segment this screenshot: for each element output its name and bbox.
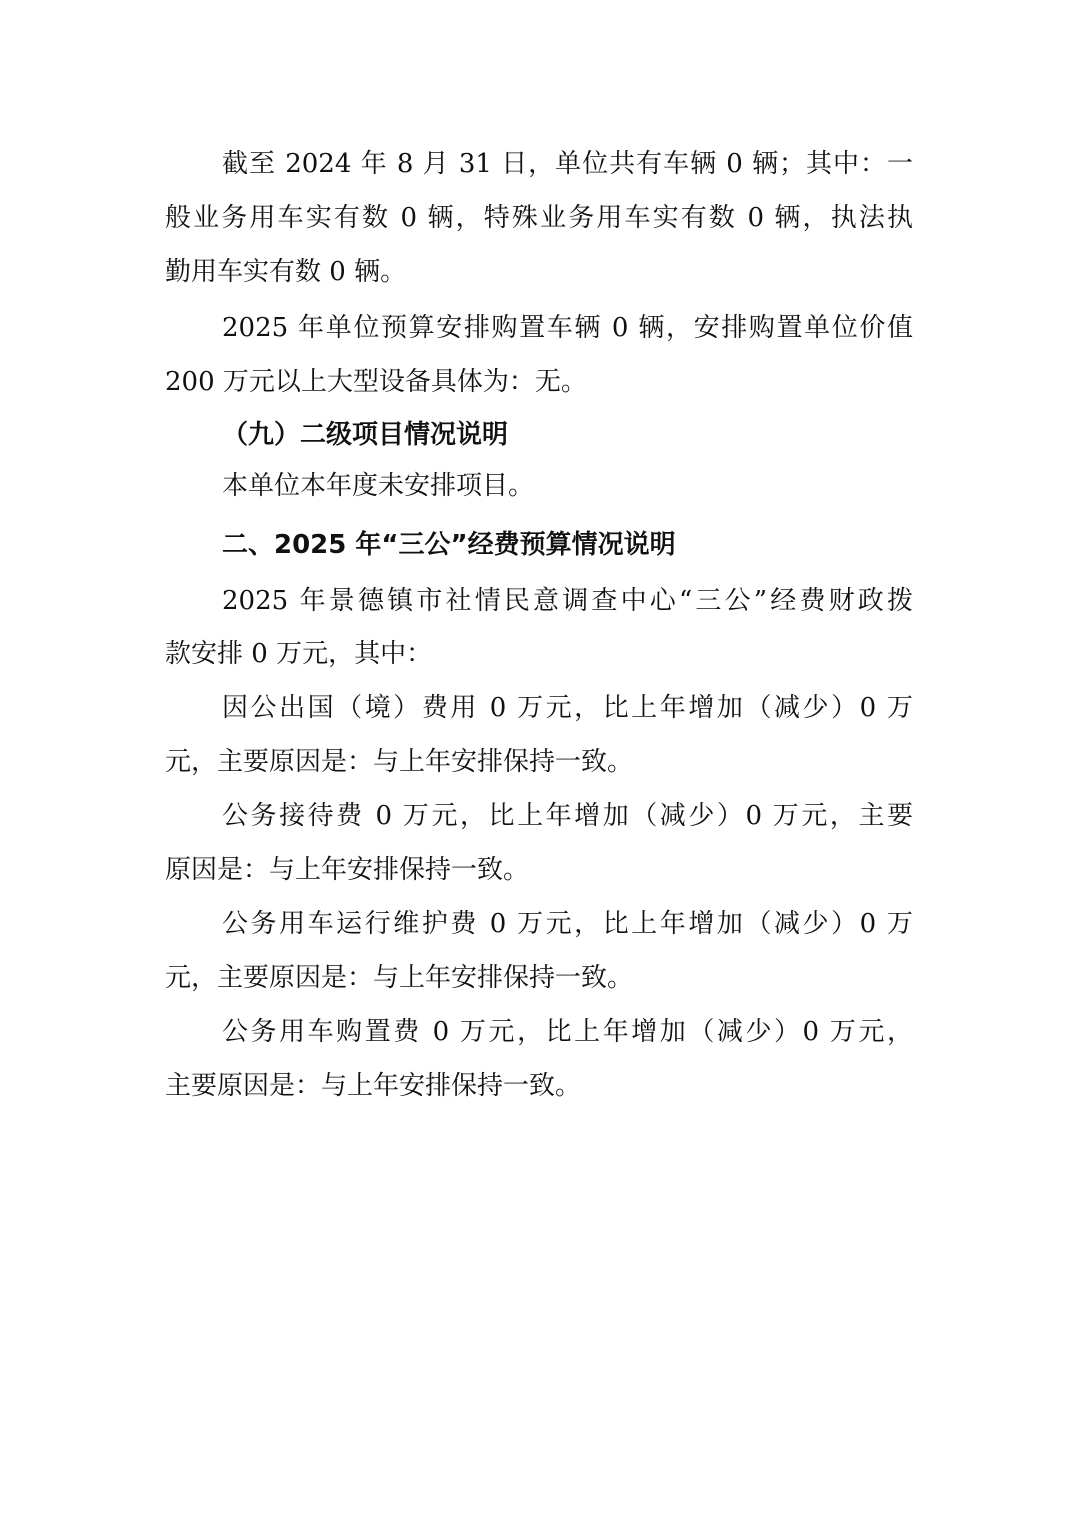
paragraph-vehicle-purchase-line-1: 2025 年单位预算安排购置车辆 0 辆，安排购置单位价值	[222, 312, 913, 344]
paragraph-reception-line-2: 原因是：与上年安排保持一致。	[165, 854, 913, 886]
paragraph-vehicle-operation-line-1: 公务用车运行维护费 0 万元，比上年增加（减少）0 万	[222, 908, 913, 940]
paragraph-overseas-travel-line-2: 元，主要原因是：与上年安排保持一致。	[165, 746, 913, 778]
paragraph-vehicle-purchase-fee-line-1: 公务用车购置费 0 万元，比上年增加（减少）0 万元，	[222, 1016, 913, 1048]
document-page: 截至 2024 年 8 月 31 日，单位共有车辆 0 辆；其中：一 般业务用车…	[0, 0, 1074, 1520]
paragraph-vehicles-count-line-3: 勤用车实有数 0 辆。	[165, 256, 913, 288]
paragraph-vehicle-purchase-fee-line-2: 主要原因是：与上年安排保持一致。	[165, 1070, 913, 1102]
section-9-heading: （九）二级项目情况说明	[222, 419, 913, 451]
paragraph-reception-line-1: 公务接待费 0 万元，比上年增加（减少）0 万元，主要	[222, 800, 913, 832]
paragraph-vehicle-operation-line-2: 元，主要原因是：与上年安排保持一致。	[165, 962, 913, 994]
paragraph-vehicles-count-line-1: 截至 2024 年 8 月 31 日，单位共有车辆 0 辆；其中：一	[222, 148, 913, 180]
section-2-heading: 二、2025 年“三公”经费预算情况说明	[222, 529, 913, 561]
section-9-body: 本单位本年度未安排项目。	[222, 470, 913, 502]
paragraph-vehicle-purchase-line-2: 200 万元以上大型设备具体为：无。	[165, 366, 913, 398]
paragraph-overseas-travel-line-1: 因公出国（境）费用 0 万元，比上年增加（减少）0 万	[222, 692, 913, 724]
paragraph-three-public-total-line-2: 款安排 0 万元，其中：	[165, 638, 913, 670]
paragraph-three-public-total-line-1: 2025 年景德镇市社情民意调查中心“三公”经费财政拨	[222, 585, 913, 617]
paragraph-vehicles-count-line-2: 般业务用车实有数 0 辆，特殊业务用车实有数 0 辆，执法执	[165, 202, 913, 234]
